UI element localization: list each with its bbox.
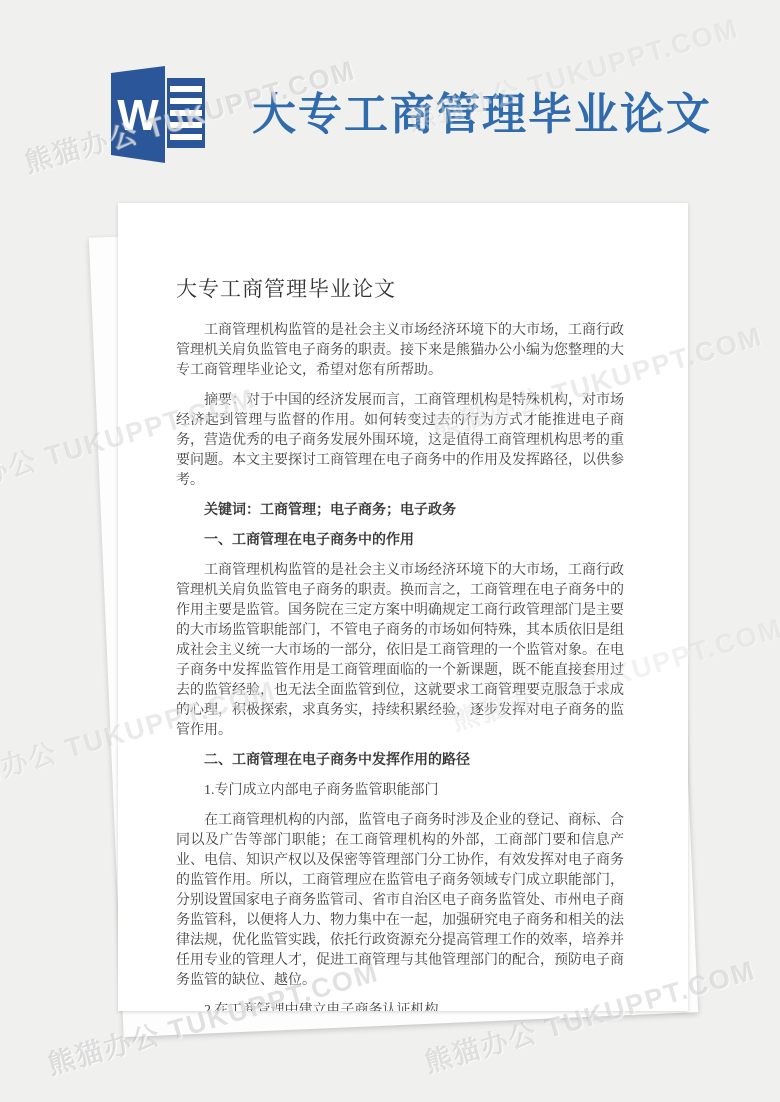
- subheading-2-1: 1.专门成立内部电子商务监管职能部门: [176, 781, 624, 801]
- word-icon: W: [105, 62, 207, 164]
- header: W 大专工商管理毕业论文: [0, 0, 780, 200]
- paragraph-2-1: 在工商管理机构的内部，监管电子商务时涉及企业的登记、商标、合同以及广告等部门职能…: [176, 811, 624, 991]
- preview-stage: W 大专工商管理毕业论文 大专工商管理毕业论文 工商管理机构监管的是社会主义市场…: [0, 0, 780, 1102]
- paragraph-section-1: 工商管理机构监管的是社会主义市场经济环境下的大市场，工商行政管理机关肩负监管电子…: [176, 561, 624, 741]
- page-title: 大专工商管理毕业论文: [252, 88, 752, 142]
- paragraph-abstract: 摘要：对于中国的经济发展而言，工商管理机构是特殊机构，对市场经济起到管理与监督的…: [176, 391, 624, 491]
- section-heading-2: 二、工商管理在电子商务中发挥作用的路径: [176, 751, 624, 771]
- svg-text:W: W: [117, 91, 159, 140]
- keywords-line: 关键词：工商管理；电子商务；电子政务: [176, 501, 624, 521]
- subheading-2-2: 2.在工商管理中建立电子商务认证机构: [176, 1001, 624, 1011]
- paragraph-intro: 工商管理机构监管的是社会主义市场经济环境下的大市场，工商行政管理机关肩负监管电子…: [176, 321, 624, 381]
- document-page: 大专工商管理毕业论文 工商管理机构监管的是社会主义市场经济环境下的大市场，工商行…: [118, 203, 688, 1011]
- section-heading-1: 一、工商管理在电子商务中的作用: [176, 531, 624, 551]
- document-title: 大专工商管理毕业论文: [176, 275, 624, 303]
